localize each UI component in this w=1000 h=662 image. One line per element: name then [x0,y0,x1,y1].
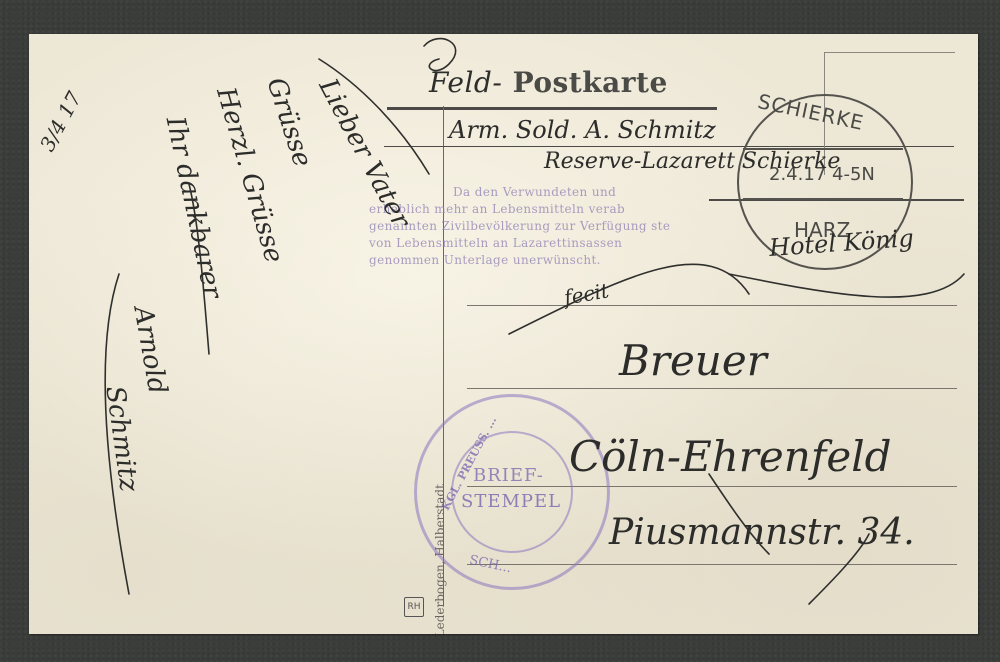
postcard: Feld- Postkarte R. Lederbogen, Halbersta… [29,34,978,634]
handwriting-strokes [29,34,978,634]
